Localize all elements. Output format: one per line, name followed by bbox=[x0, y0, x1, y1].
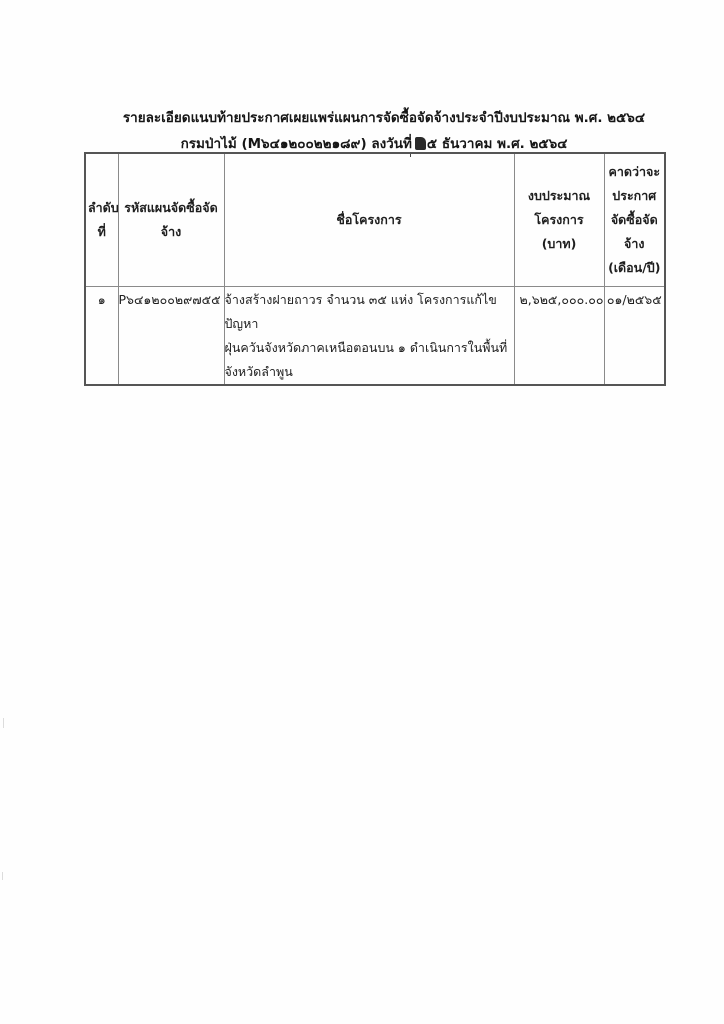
header-line: โครงการ bbox=[515, 208, 604, 232]
header-line: ประกาศ bbox=[605, 184, 665, 208]
header-line: ลำดับ bbox=[86, 196, 118, 220]
document-title: รายละเอียดแนบท้ายประกาศเผยแพร่แผนการจัดซ… bbox=[104, 106, 664, 128]
project-name-line: จ้างสร้างฝายถาวร จำนวน ๓๕ แห่ง โครงการแก… bbox=[225, 288, 514, 336]
scan-artifact bbox=[3, 718, 4, 728]
header-expected-announcement: คาดว่าจะ ประกาศ จัดซื้อจัด จ้าง (เดือน/ป… bbox=[604, 153, 665, 287]
subtitle-date-text: ๕ ธันวาคม พ.ศ. ๒๕๖๔ bbox=[427, 136, 568, 152]
document-title-text: รายละเอียดแนบท้ายประกาศเผยแพร่แผนการจัดซ… bbox=[123, 110, 645, 126]
project-name-line: จังหวัดลำพูน bbox=[225, 360, 514, 384]
table-header-row: ลำดับ ที่ รหัสแผนจัดซื้อจัด จ้าง ชื่อโคร… bbox=[85, 153, 665, 287]
procurement-plan-table: ลำดับ ที่ รหัสแผนจัดซื้อจัด จ้าง ชื่อโคร… bbox=[84, 152, 666, 386]
header-line: ที่ bbox=[86, 220, 118, 244]
cell-project-name: จ้างสร้างฝายถาวร จำนวน ๓๕ แห่ง โครงการแก… bbox=[224, 287, 514, 386]
header-line: งบประมาณ bbox=[515, 184, 604, 208]
cell-expected-month-year: ๐๑/๒๕๖๕ bbox=[604, 287, 665, 386]
header-plan-code: รหัสแผนจัดซื้อจัด จ้าง bbox=[118, 153, 224, 287]
header-line: รหัสแผนจัดซื้อจัด bbox=[119, 196, 224, 220]
document-subtitle: กรมป่าไม้ (M๖๔๑๒๐๐๒๒๑๘๙) ลงวันที่๕ ธันวา… bbox=[84, 132, 664, 154]
scanned-document-page: รายละเอียดแนบท้ายประกาศเผยแพร่แผนการจัดซ… bbox=[0, 0, 724, 1024]
header-line: จ้าง bbox=[119, 220, 224, 244]
header-line: จ้าง bbox=[605, 232, 665, 256]
subtitle-department-text: กรมป่าไม้ (M๖๔๑๒๐๐๒๒๑๘๙) ลงวันที่ bbox=[181, 136, 412, 152]
project-name-line: ฝุ่นควันจังหวัดภาคเหนือตอนบน ๑ ดำเนินการ… bbox=[225, 336, 514, 360]
header-sequence-number: ลำดับ ที่ bbox=[85, 153, 118, 287]
cell-budget: ๒,๖๒๕,๐๐๐.๐๐ bbox=[514, 287, 604, 386]
header-line: (เดือน/ปี) bbox=[605, 256, 665, 280]
cell-sequence-number: ๑ bbox=[85, 287, 118, 386]
header-project-name: ชื่อโครงการ bbox=[224, 153, 514, 287]
header-line: จัดซื้อจัด bbox=[605, 208, 665, 232]
header-line: ชื่อโครงการ bbox=[225, 208, 514, 232]
header-line: คาดว่าจะ bbox=[605, 160, 665, 184]
table-row: ๑ P๖๔๑๒๐๐๒๙๗๕๕ จ้างสร้างฝายถาวร จำนวน ๓๕… bbox=[85, 287, 665, 386]
header-line: (บาท) bbox=[515, 232, 604, 256]
handwritten-mark-icon bbox=[415, 137, 426, 150]
scan-artifact bbox=[2, 872, 3, 880]
cell-plan-code: P๖๔๑๒๐๐๒๙๗๕๕ bbox=[118, 287, 224, 386]
header-budget: งบประมาณ โครงการ (บาท) bbox=[514, 153, 604, 287]
